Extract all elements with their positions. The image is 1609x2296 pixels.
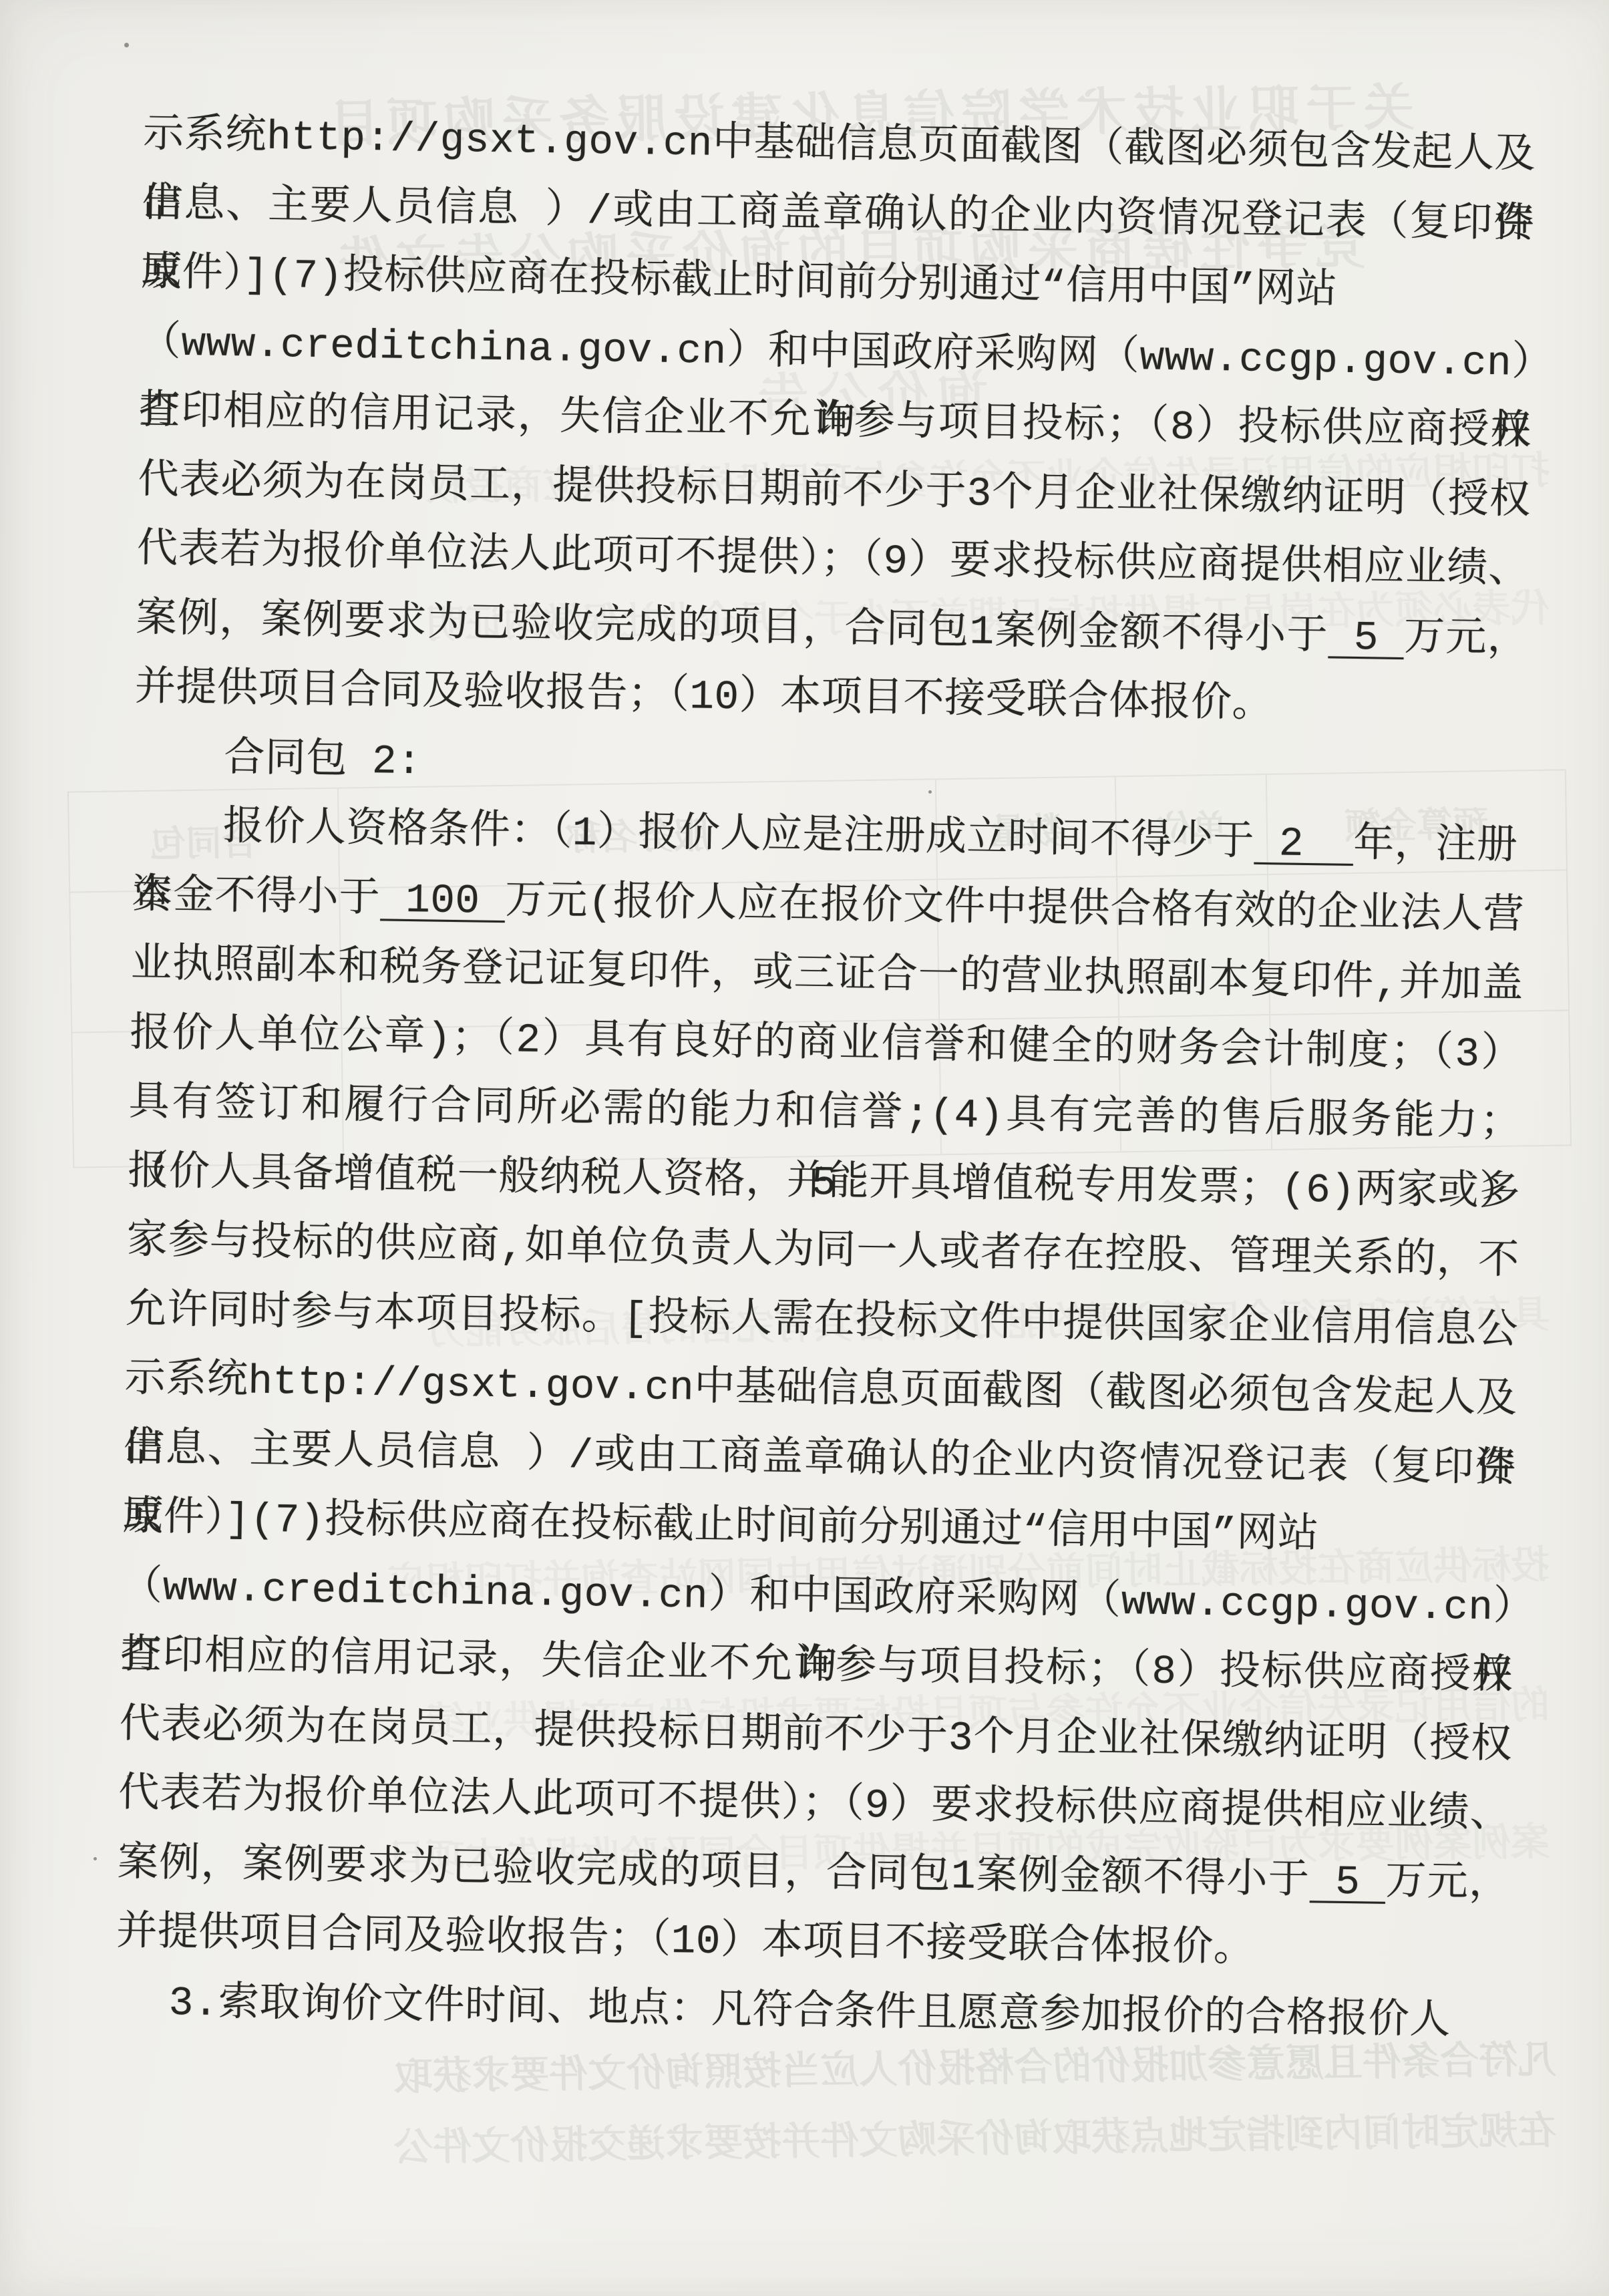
text-segment: 3.索取询价文件时间、地点：凡符合条件且愿意参加报价的合格报价人 — [168, 1980, 1451, 2045]
underlined-value: 100 — [380, 877, 506, 925]
scan-speck — [94, 1857, 97, 1860]
text-segment: 报价人具备增值税一般纳税人资格，并能开具增值税专用发票；(6)两家或多 — [128, 1150, 1521, 1216]
scanned-page: 关于职业技术学院信息化建设服务采购项目竞争性磋商采购项目的询价采购公告文件询价公… — [0, 0, 1609, 2296]
text-segment: 原件）](7)投标供应商在投标截止时间前分别通过“信用中国”网站 — [141, 251, 1338, 315]
text-segment: 业执照副本和税务登记证复印件，或三证合一的营业执照副本复印件,并加盖 — [130, 943, 1524, 1009]
scan-speck — [124, 43, 129, 47]
text-segment: 案例，案例要求为已验收完成的项目，合同包1案例金额不得小于 — [136, 597, 1328, 660]
text-segment: 合同包 2: — [224, 736, 422, 785]
underlined-value: 5 — [1310, 1859, 1386, 1907]
text-segment: 万元(报价人应在报价文件中提供合格有效的企业法人营 — [505, 879, 1525, 941]
text-segment: 代表若为报价单位法人此项可不提供）；（9）要求投标供应商提供相应业绩、 — [137, 528, 1530, 595]
text-segment: 代表若为报价单位法人此项可不提供）；（9）要求投标供应商提供相应业绩、 — [118, 1772, 1511, 1839]
text-segment: 代表必须为在岗员工，提供投标日期前不少于3个月企业社保缴纳证明（授权 — [119, 1703, 1512, 1770]
document-text-block: 示系统http://gsxt.gov.cn中基础信息页面截图（截图必须包含发起人… — [115, 102, 1536, 2058]
text-segment: 允许同时参与本项目投标。[投标人需在投标文件中提供国家企业信用信息公 — [126, 1288, 1519, 1355]
underlined-value: 2 — [1254, 821, 1353, 868]
text-segment: 本金不得小于 — [132, 873, 381, 923]
text-segment: 打印相应的信用记录，失信企业不允许参与项目投标；（8）投标供应商授权 — [120, 1634, 1513, 1701]
ghost-bottom-line: 在规定时间内到指定地点获取询价采购文件并按要求递交报价文件公 — [60, 2098, 1557, 2176]
text-segment: 打印相应的信用记录，失信企业不允许参与项目投标；（8）投标供应商授权 — [139, 389, 1532, 456]
text-segment: 报价人资格条件：（1）报价人应是注册成立时间不得少于 — [222, 806, 1254, 867]
text-segment: 万元， — [1385, 1860, 1510, 1908]
text-segment: 报价人单位公章)；（2）具有良好的商业信誉和健全的财务会计制度；（3） — [130, 1011, 1523, 1078]
text-segment: 家参与投标的供应商,如单位负责人为同一人或者存在控股、管理关系的，不 — [126, 1219, 1519, 1286]
scan-speck — [928, 790, 932, 794]
text-segment: 并提供项目合同及验收报告；（10）本项目不接受联合体报价。 — [134, 666, 1273, 729]
text-segment: 万元， — [1403, 616, 1528, 664]
text-segment: 并提供项目合同及验收报告；（10）本项目不接受联合体报价。 — [116, 1911, 1255, 1973]
text-segment: 案例，案例要求为已验收完成的项目，合同包1案例金额不得小于 — [117, 1841, 1310, 1905]
text-segment: 原件）](7)投标供应商在投标截止时间前分别通过“信用中国”网站 — [122, 1496, 1319, 1560]
scan-speck — [127, 1775, 130, 1778]
underlined-value: 5 — [1328, 615, 1404, 662]
text-segment: 代表必须为在岗员工，提供投标日期前不少于3个月企业社保缴纳证明（授权 — [138, 458, 1531, 525]
